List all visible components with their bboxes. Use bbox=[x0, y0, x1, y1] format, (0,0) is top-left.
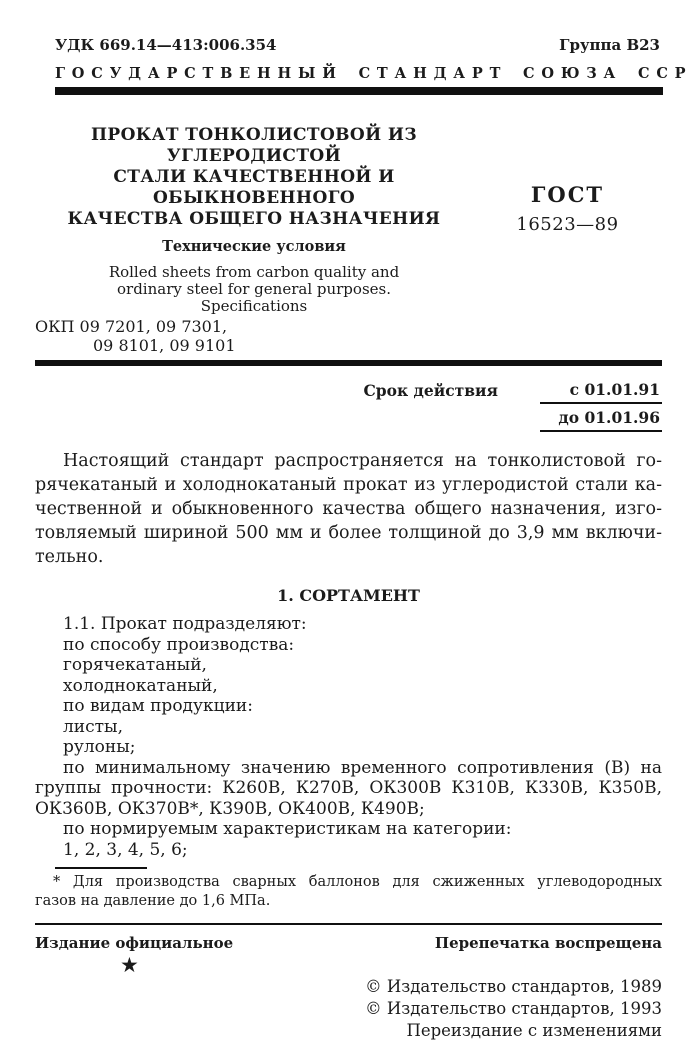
sortament-list: 1.1. Прокат подразделяют: по способу про… bbox=[35, 614, 662, 860]
sortament-line: горячекатаный, bbox=[35, 655, 662, 676]
okp-codes: ОКП 09 7201, 09 7301, 09 8101, 09 9101 bbox=[35, 317, 662, 355]
star-icon: ★ bbox=[120, 954, 662, 976]
gost-document-page: УДК 669.14—413:006.354 Группа В23 ГОСУДА… bbox=[0, 0, 700, 1050]
scope-line: рячекатаный и холоднокатаный прокат из у… bbox=[35, 473, 662, 497]
document-title-line: СТАЛИ КАЧЕСТВЕННОЙ И ОБЫКНОВЕННОГО bbox=[35, 167, 473, 209]
footnote-line: газов на давление до 1,6 МПа. bbox=[35, 892, 662, 911]
validity-block: Срок действия с 01.01.91 до 01.01.96 bbox=[35, 379, 662, 432]
validity-from-date: с 01.01.91 bbox=[540, 379, 662, 404]
footnote-line: * Для производства сварных баллонов для … bbox=[35, 873, 662, 892]
udk-code: УДК 669.14—413:006.354 bbox=[55, 36, 276, 54]
imprint-row: Издание официальное Перепечатка воспреще… bbox=[35, 934, 662, 952]
sortament-line: по нормируемым характеристикам на катего… bbox=[35, 819, 662, 840]
official-edition-label: Издание официальное bbox=[35, 934, 233, 952]
scope-line: чественной и обыкновенного качества обще… bbox=[35, 497, 662, 521]
sortament-line: группы прочности: К260В, К270В, ОК300В К… bbox=[35, 778, 662, 799]
validity-dates: с 01.01.91 до 01.01.96 bbox=[540, 379, 662, 432]
english-title-line: Rolled sheets from carbon quality and bbox=[35, 264, 473, 281]
english-title-line: ordinary steel for general purposes. bbox=[35, 281, 473, 298]
document-title-line: КАЧЕСТВА ОБЩЕГО НАЗНАЧЕНИЯ bbox=[35, 209, 473, 230]
bottom-divider-rule bbox=[35, 923, 662, 927]
okp-line: ОКП 09 7201, 09 7301, bbox=[35, 317, 662, 336]
sortament-line: листы, bbox=[35, 717, 662, 738]
footnote-rule bbox=[55, 867, 147, 869]
footnote: * Для производства сварных баллонов для … bbox=[35, 873, 662, 911]
sortament-line: по видам продукции: bbox=[35, 696, 662, 717]
group-code: Группа В23 bbox=[559, 36, 660, 54]
copyright-line: © Издательство стандартов, 1989 bbox=[35, 976, 662, 998]
top-classification-row: УДК 669.14—413:006.354 Группа В23 bbox=[55, 36, 660, 54]
sortament-line: 1.1. Прокат подразделяют: bbox=[35, 614, 662, 635]
state-standard-header: ГОСУДАРСТВЕННЫЙ СТАНДАРТ СОЮЗА ССР bbox=[55, 65, 662, 82]
scope-paragraph: Настоящий стандарт распространяется на т… bbox=[35, 449, 662, 569]
gost-label: ГОСТ bbox=[473, 182, 662, 207]
header-rule bbox=[55, 87, 663, 95]
title-block: ПРОКАТ ТОНКОЛИСТОВОЙ ИЗ УГЛЕРОДИСТОЙ СТА… bbox=[35, 125, 662, 315]
copyright-block: © Издательство стандартов, 1989 © Издате… bbox=[35, 976, 662, 1042]
english-title-line: Specifications bbox=[35, 298, 473, 315]
english-title: Rolled sheets from carbon quality and or… bbox=[35, 264, 473, 315]
validity-label: Срок действия bbox=[363, 379, 498, 432]
sortament-line: холоднокатаный, bbox=[35, 676, 662, 697]
gost-designation-block: ГОСТ 16523—89 bbox=[473, 125, 662, 315]
scope-line: тельно. bbox=[35, 545, 662, 569]
reprint-prohibited-label: Перепечатка воспрещена bbox=[435, 934, 662, 952]
copyright-line: © Издательство стандартов, 1993 bbox=[35, 998, 662, 1020]
title-left-column: ПРОКАТ ТОНКОЛИСТОВОЙ ИЗ УГЛЕРОДИСТОЙ СТА… bbox=[35, 125, 473, 315]
copyright-line: Переиздание с изменениями bbox=[35, 1020, 662, 1042]
scope-line: товляемый шириной 500 мм и более толщино… bbox=[35, 521, 662, 545]
sortament-line: ОК360В, ОК370В*, К390В, ОК400В, К490В; bbox=[35, 799, 662, 820]
section-divider-rule bbox=[35, 360, 662, 366]
validity-to-date: до 01.01.96 bbox=[540, 404, 662, 432]
document-subtitle: Технические условия bbox=[35, 238, 473, 255]
sortament-line: 1, 2, 3, 4, 5, 6; bbox=[35, 840, 662, 861]
gost-number: 16523—89 bbox=[473, 214, 662, 235]
sortament-line: по способу производства: bbox=[35, 635, 662, 656]
section-heading: 1. СОРТАМЕНТ bbox=[35, 586, 662, 605]
okp-line: 09 8101, 09 9101 bbox=[93, 336, 662, 355]
scope-line: Настоящий стандарт распространяется на т… bbox=[35, 449, 662, 473]
document-title-line: ПРОКАТ ТОНКОЛИСТОВОЙ ИЗ УГЛЕРОДИСТОЙ bbox=[35, 125, 473, 167]
sortament-line: по минимальному значению временного сопр… bbox=[35, 758, 662, 779]
sortament-line: рулоны; bbox=[35, 737, 662, 758]
